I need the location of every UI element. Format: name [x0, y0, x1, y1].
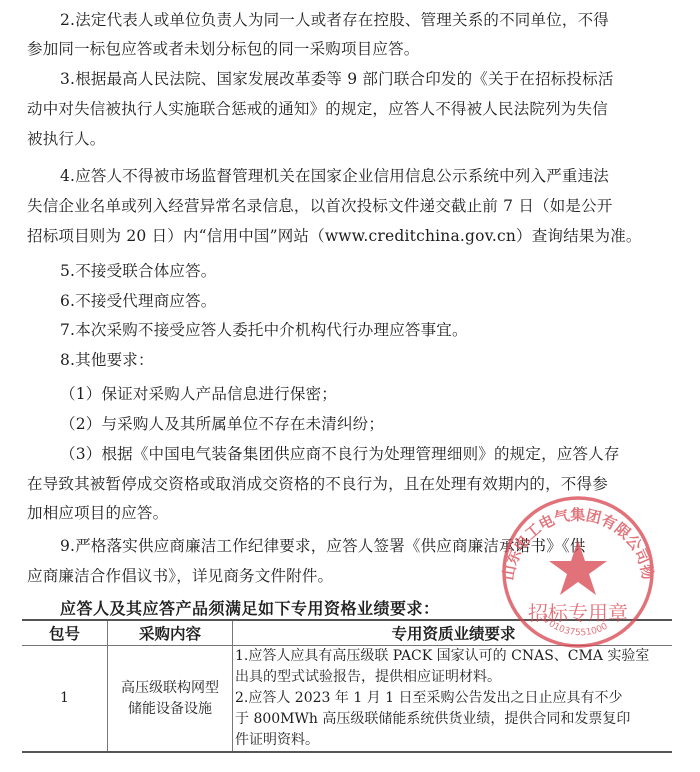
document-page: 2.法定代表人或单位负责人为同一人或者存在控股、管理关系的不同单位，不得 参加同…	[0, 0, 700, 772]
paragraph-8-item-2: （2）与采购人及其所属单位不存在未清纠纷；	[60, 414, 384, 434]
paragraph-3-line-1: 3.根据最高人民法院、国家发展改革委等 9 部门联合印发的《关于在招标投标活	[60, 69, 614, 89]
paragraph-5: 5.不接受联合体应答。	[60, 261, 217, 281]
paragraph-7: 7.本次采购不接受应答人委托中介机构代行办理应答事宜。	[60, 320, 468, 340]
cell-package-no: 1	[22, 646, 108, 753]
requirement-line: 于 800MWh 高压级联储能系统供货业绩，提供合同和发票复印	[235, 709, 672, 730]
content-line: 储能设备设施	[108, 699, 232, 720]
paragraph-3-line-3: 被执行人。	[27, 129, 106, 149]
cell-requirements: 1.应答人应具有高压级联 PACK 国家认可的 CNAS、CMA 实验室 出具的…	[233, 646, 673, 753]
requirement-line: 1.应答人应具有高压级联 PACK 国家认可的 CNAS、CMA 实验室	[235, 646, 672, 667]
paragraph-8-item-3-line-1: （3）根据《中国电气装备集团供应商不良行为处理管理细则》的规定，应答人存	[60, 444, 620, 464]
header-requirements: 专用资质业绩要求	[233, 620, 673, 646]
paragraph-4-line-2: 失信企业名单或列入经营异常名录信息，以首次投标文件递交截止前 7 日（如是公开	[27, 196, 613, 216]
paragraph-8-item-1: （1）保证对采购人产品信息进行保密；	[60, 384, 337, 404]
paragraph-4-line-3: 招标项目则为 20 日）内“信用中国”网站（www.creditchina.go…	[27, 226, 642, 246]
requirements-table: 包号 采购内容 专用资质业绩要求 1 高压级联构网型 储能设备设施 1.应答人应…	[22, 619, 672, 753]
paragraph-6: 6.不接受代理商应答。	[60, 291, 217, 311]
table-header-row: 包号 采购内容 专用资质业绩要求	[22, 620, 672, 646]
requirement-line: 出具的型式试验报告，提供相应证明材料。	[235, 667, 672, 688]
requirements-heading: 应答人及其应答产品须满足如下专用资格业绩要求：	[60, 596, 440, 619]
paragraph-4-line-1: 4.应答人不得被市场监督管理机关在国家企业信用信息公示系统中列入严重违法	[60, 166, 609, 186]
table-row: 1 高压级联构网型 储能设备设施 1.应答人应具有高压级联 PACK 国家认可的…	[22, 646, 672, 753]
paragraph-3-line-2: 动中对失信被执行人实施联合惩戒的通知》的规定，应答人不得被人民法院列为失信	[27, 99, 608, 119]
cell-content: 高压级联构网型 储能设备设施	[108, 646, 233, 753]
paragraph-9-line-1: 9.严格落实供应商廉洁工作纪律要求，应答人签署《供应商廉洁承诺书》《供	[60, 536, 586, 556]
paragraph-9-line-2: 应商廉洁合作倡议书》，详见商务文件附件。	[27, 566, 333, 586]
content-line: 高压级联构网型	[108, 678, 232, 699]
paragraph-8-item-3-line-2: 在导致其被暂停成交资格或取消成交资格的不良行为，且在处理有效期内的，不得参	[27, 474, 608, 494]
paragraph-2-line-1: 2.法定代表人或单位负责人为同一人或者存在控股、管理关系的不同单位，不得	[60, 10, 609, 30]
requirement-line: 件证明资料。	[235, 730, 672, 751]
paragraph-2-line-2: 参加同一标包应答或者未划分标包的同一采购项目应答。	[27, 39, 420, 59]
paragraph-8-item-3-line-3: 加相应项目的应答。	[27, 503, 168, 523]
requirement-line: 2.应答人 2023 年 1 月 1 日至采购公告发出之日止应具有不少	[235, 688, 672, 709]
header-package-no: 包号	[22, 620, 108, 646]
paragraph-8: 8.其他要求：	[60, 350, 154, 370]
header-content: 采购内容	[108, 620, 233, 646]
